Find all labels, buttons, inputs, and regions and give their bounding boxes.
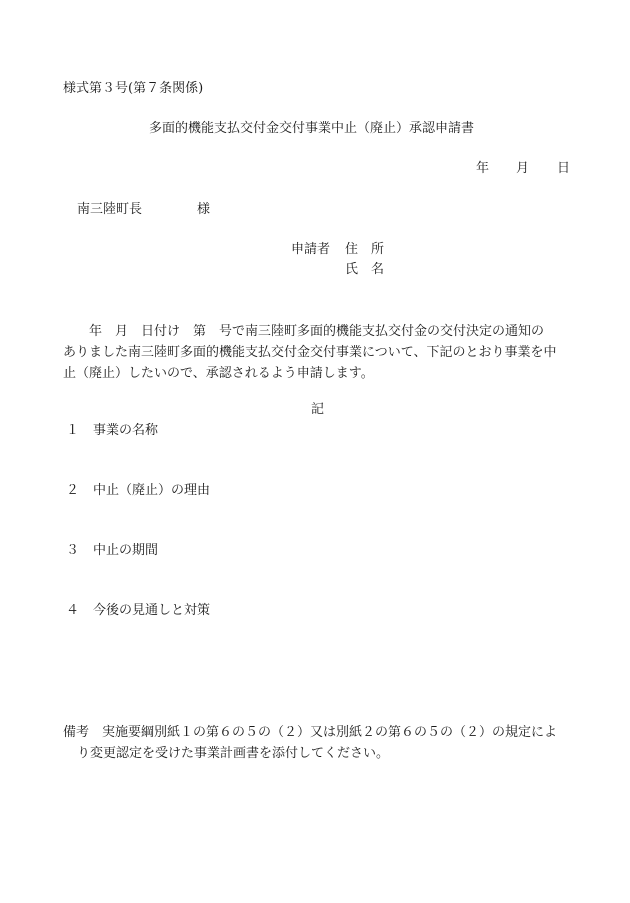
body-line: ありました南三陸町多面的機能支払交付金交付事業について、下記のとおり事業を中	[63, 342, 578, 363]
addressee: 南三陸町長	[77, 203, 142, 216]
item-label: 事業の名称	[93, 423, 158, 438]
body-line: 年 月 日付け 第 号で南三陸町多面的機能支払交付金の交付決定の通知の	[63, 321, 578, 342]
body-paragraph: 年 月 日付け 第 号で南三陸町多面的機能支払交付金の交付決定の通知の ありまし…	[63, 321, 578, 384]
remarks-note: 備考 実施要綱別紙１の第６の５の（２）又は別紙２の第６の５の（２）の規定によ り…	[63, 722, 557, 764]
date-year: 年	[476, 162, 489, 175]
item-label: 今後の見通しと対策	[93, 603, 210, 618]
form-number: 様式第３号(第７条関係)	[63, 82, 203, 95]
date-month: 月	[516, 162, 529, 175]
item-number: ４	[66, 604, 93, 617]
list-item: １事業の名称	[66, 424, 158, 437]
item-number: ３	[66, 544, 93, 557]
note-line: り変更認定を受けた事業計画書を添付してください。	[63, 743, 557, 764]
list-item: ３中止の期間	[66, 544, 158, 557]
document-title: 多面的機能支払交付金交付事業中止（廃止）承認申請書	[149, 122, 474, 135]
item-label: 中止の期間	[93, 543, 158, 558]
note-line: 備考 実施要綱別紙１の第６の５の（２）又は別紙２の第６の５の（２）の規定によ	[63, 722, 557, 743]
honorific: 様	[197, 203, 210, 216]
applicant-label: 申請者	[291, 243, 330, 256]
list-item: ４今後の見通しと対策	[66, 604, 210, 617]
name-label: 氏 名	[345, 263, 384, 276]
ki-heading: 記	[311, 403, 324, 416]
list-item: ２中止（廃止）の理由	[66, 484, 210, 497]
item-label: 中止（廃止）の理由	[93, 483, 210, 498]
item-number: １	[66, 424, 93, 437]
date-day: 日	[557, 162, 570, 175]
address-label: 住 所	[345, 243, 384, 256]
body-line: 止（廃止）したいので、承認されるよう申請します。	[63, 363, 578, 384]
item-number: ２	[66, 484, 93, 497]
